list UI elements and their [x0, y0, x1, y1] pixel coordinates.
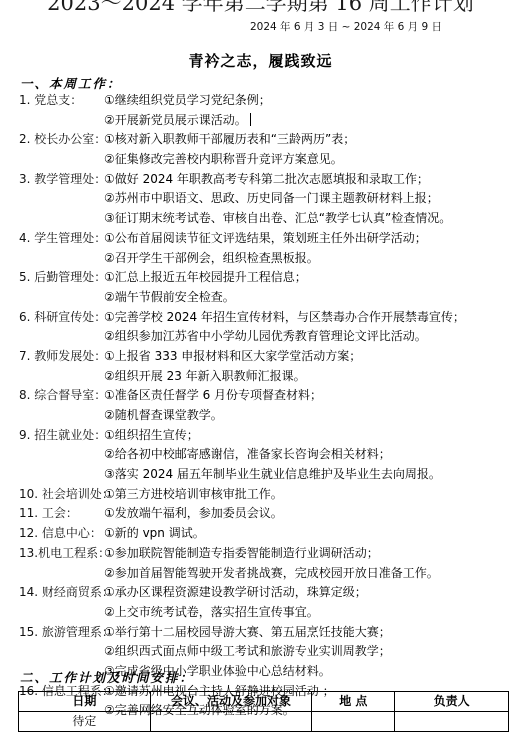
department-label: 14. 财经商贸系： — [19, 583, 114, 603]
task-text-value: ①组织招生宣传； — [104, 428, 199, 442]
task-text: ②征集修改完善校内职称晋升竞评方案意见。 — [104, 150, 343, 170]
task-text: ①核对新入职教师干部履历表和“三龄两历”表； — [104, 130, 355, 150]
list-item: 5. 后勤管理处：①汇总上报近五年校园提升工程信息； — [0, 268, 521, 288]
list-item: ②征集修改完善校内职称晋升竞评方案意见。 — [0, 150, 521, 170]
column-header-location: 地 点 — [312, 692, 395, 712]
department-label: 15. 旅游管理系： — [19, 623, 114, 643]
department-label: 9. 招生就业处： — [19, 426, 106, 446]
task-text: ①公布首届阅读节征文评选结果，策划班主任外出研学活动； — [104, 229, 427, 249]
task-text: ②给各初中校邮寄感谢信，准备家长咨询会相关材料； — [104, 445, 391, 465]
list-item: ②召开学生干部例会，组织检查黑板报。 — [0, 249, 521, 269]
task-text: ②组织参加江苏省中小学幼儿园优秀教育管理论文评比活动。 — [104, 327, 427, 347]
department-label: 8. 综合督导室： — [19, 386, 106, 406]
task-text: ②组织西式面点师中级工考试和旅游专业实训周教学； — [104, 642, 391, 662]
task-text-value: ①继续组织党员学习党纪条例； — [104, 93, 271, 107]
task-text: ①第三方进校培训审核审批工作。 — [104, 485, 283, 505]
task-text-value: ①新的 vpn 调试。 — [104, 526, 205, 540]
task-text-value: ②苏州市中职语文、思政、历史同备一门课主题教研材料上报； — [104, 191, 439, 205]
task-text-value: ②给各初中校邮寄感谢信，准备家长咨询会相关材料； — [104, 447, 391, 461]
task-text-value: ②上交市统考试卷，落实招生宣传事宜。 — [104, 605, 319, 619]
task-text: ①发放端午福利，参加委员会议。 — [104, 504, 283, 524]
document-subtitle: 青衿之志，履践致远 — [0, 51, 521, 71]
list-item: ②端午节假前安全检查。 — [0, 288, 521, 308]
department-label: 3. 教学管理处： — [19, 170, 106, 190]
task-text-value: ③征订期末统考试卷、审核自出卷、汇总“教学七认真”检查情况。 — [104, 211, 451, 225]
section-heading-schedule: 二、工作计划及时间安排： — [20, 670, 194, 686]
list-item: 3. 教学管理处：①做好 2024 年职教高考专科第二批次志愿填报和录取工作； — [0, 170, 521, 190]
department-label: 12. 信息中心： — [19, 524, 102, 544]
task-text-value: ①发放端午福利，参加委员会议。 — [104, 506, 283, 520]
document-title: 2023～2024 学年第二学期第 16 周工作计划 — [0, 0, 521, 16]
table-header-row: 日期 会议、活动及参加对象 地 点 负责人 — [19, 692, 509, 712]
task-text: ③征订期末统考试卷、审核自出卷、汇总“教学七认真”检查情况。 — [104, 209, 451, 229]
task-text-value: ①汇总上报近五年校园提升工程信息； — [104, 270, 307, 284]
task-text: ②随机督查课堂教学。 — [104, 406, 223, 426]
task-text-value: ②开展新党员展示课活动。 — [104, 113, 247, 127]
task-text: ②上交市统考试卷，落实招生宣传事宜。 — [104, 603, 319, 623]
column-header-person-in-charge: 负责人 — [395, 692, 509, 712]
department-label: 7. 教师发展处： — [19, 347, 106, 367]
list-item: 2. 校长办公室：①核对新入职教师干部履历表和“三龄两历”表； — [0, 130, 521, 150]
list-item: ③落实 2024 届五年制毕业生就业信息维护及毕业生去向周报。 — [0, 465, 521, 485]
column-header-date: 日期 — [19, 692, 151, 712]
task-text: ①上报省 333 申报材料和区大家学堂活动方案； — [104, 347, 361, 367]
task-text: ①新的 vpn 调试。 — [104, 524, 205, 544]
task-text: ③落实 2024 届五年制毕业生就业信息维护及毕业生去向周报。 — [104, 465, 441, 485]
task-text: ②召开学生干部例会，组织检查黑板报。 — [104, 249, 319, 269]
task-text: ①继续组织党员学习党纪条例； — [104, 91, 271, 111]
list-item: ②参加首届智能驾驶开发者挑战赛，完成校园开放日准备工作。 — [0, 564, 521, 584]
list-item: 7. 教师发展处：①上报省 333 申报材料和区大家学堂活动方案； — [0, 347, 521, 367]
list-item: 6. 科研宣传处：①完善学校 2024 年招生宣传材料，与区禁毒办合作开展禁毒宣… — [0, 308, 521, 328]
task-text-value: ②组织参加江苏省中小学幼儿园优秀教育管理论文评比活动。 — [104, 329, 427, 343]
list-item: ②随机督查课堂教学。 — [0, 406, 521, 426]
task-text: ①完善学校 2024 年招生宣传材料，与区禁毒办合作开展禁毒宣传； — [104, 308, 465, 328]
task-text-value: ②组织开展 23 年新入职教师汇报课。 — [104, 369, 306, 383]
list-item: 14. 财经商贸系：①承办区课程资源建设教学研讨活动，珠算定级； — [0, 583, 521, 603]
department-label: 13.机电工程系： — [19, 544, 110, 564]
task-text: ②参加首届智能驾驶开发者挑战赛，完成校园开放日准备工作。 — [104, 564, 439, 584]
task-text-value: ②随机督查课堂教学。 — [104, 408, 223, 422]
task-text-value: ②参加首届智能驾驶开发者挑战赛，完成校园开放日准备工作。 — [104, 566, 439, 580]
task-text-value: ①上报省 333 申报材料和区大家学堂活动方案； — [104, 349, 361, 363]
task-text: ①做好 2024 年职教高考专科第二批次志愿填报和录取工作； — [104, 170, 429, 190]
list-item: 13.机电工程系：①参加联院智能制造专指委智能制造行业调研活动； — [0, 544, 521, 564]
list-item: ②上交市统考试卷，落实招生宣传事宜。 — [0, 603, 521, 623]
task-text-value: ①参加联院智能制造专指委智能制造行业调研活动； — [104, 546, 379, 560]
cell-date[interactable]: 待定 — [19, 712, 151, 732]
department-label: 5. 后勤管理处： — [19, 268, 106, 288]
task-text: ①参加联院智能制造专指委智能制造行业调研活动； — [104, 544, 379, 564]
list-item: ②开展新党员展示课活动。 — [0, 111, 521, 131]
task-text: ①举行第十二届校园导游大赛、第五届烹饪技能大赛； — [104, 623, 391, 643]
task-text-value: ①做好 2024 年职教高考专科第二批次志愿填报和录取工作； — [104, 172, 429, 186]
task-text: ②开展新党员展示课活动。 — [104, 111, 251, 131]
cell-person-in-charge[interactable] — [395, 712, 509, 732]
list-item: ②组织开展 23 年新入职教师汇报课。 — [0, 367, 521, 387]
list-item: 15. 旅游管理系：①举行第十二届校园导游大赛、第五届烹饪技能大赛； — [0, 623, 521, 643]
task-text: ①承办区课程资源建设教学研讨活动，珠算定级； — [104, 583, 367, 603]
list-item: 10. 社会培训处：①第三方进校培训审核审批工作。 — [0, 485, 521, 505]
list-item: 4. 学生管理处：①公布首届阅读节征文评选结果，策划班主任外出研学活动； — [0, 229, 521, 249]
department-label: 2. 校长办公室： — [19, 130, 106, 150]
work-item-list: 1. 党总支：①继续组织党员学习党纪条例；②开展新党员展示课活动。2. 校长办公… — [0, 91, 521, 721]
table-row: 待定 — [19, 712, 509, 732]
task-text-value: ①公布首届阅读节征文评选结果，策划班主任外出研学活动； — [104, 231, 427, 245]
section-heading-this-week: 一、本周工作： — [20, 76, 122, 92]
department-label: 4. 学生管理处： — [19, 229, 106, 249]
task-text: ②端午节假前安全检查。 — [104, 288, 235, 308]
list-item: ②组织参加江苏省中小学幼儿园优秀教育管理论文评比活动。 — [0, 327, 521, 347]
task-text-value: ①第三方进校培训审核审批工作。 — [104, 487, 283, 501]
schedule-table: 日期 会议、活动及参加对象 地 点 负责人 待定 — [18, 691, 509, 732]
column-header-activity: 会议、活动及参加对象 — [150, 692, 312, 712]
task-text: ①准备区责任督学 6 月份专项督查材料； — [104, 386, 322, 406]
task-text: ②组织开展 23 年新入职教师汇报课。 — [104, 367, 306, 387]
task-text-value: ③落实 2024 届五年制毕业生就业信息维护及毕业生去向周报。 — [104, 467, 441, 481]
department-label: 6. 科研宣传处： — [19, 308, 106, 328]
list-item: ③征订期末统考试卷、审核自出卷、汇总“教学七认真”检查情况。 — [0, 209, 521, 229]
cell-activity[interactable] — [150, 712, 312, 732]
task-text-value: ②端午节假前安全检查。 — [104, 290, 235, 304]
department-label: 1. 党总支： — [19, 91, 82, 111]
department-label: 11. 工会： — [19, 504, 78, 524]
list-item: 1. 党总支：①继续组织党员学习党纪条例； — [0, 91, 521, 111]
task-text-value: ②组织西式面点师中级工考试和旅游专业实训周教学； — [104, 644, 391, 658]
task-text-value: ②召开学生干部例会，组织检查黑板报。 — [104, 251, 319, 265]
department-label: 10. 社会培训处： — [19, 485, 114, 505]
task-text: ②苏州市中职语文、思政、历史同备一门课主题教研材料上报； — [104, 189, 439, 209]
list-item: ②苏州市中职语文、思政、历史同备一门课主题教研材料上报； — [0, 189, 521, 209]
list-item: 12. 信息中心：①新的 vpn 调试。 — [0, 524, 521, 544]
cell-location[interactable] — [312, 712, 395, 732]
task-text-value: ①完善学校 2024 年招生宣传材料，与区禁毒办合作开展禁毒宣传； — [104, 310, 465, 324]
task-text-value: ①举行第十二届校园导游大赛、第五届烹饪技能大赛； — [104, 625, 391, 639]
date-range: 2024 年 6 月 3 日 ~ 2024 年 6 月 9 日 — [250, 20, 442, 34]
task-text: ①组织招生宣传； — [104, 426, 199, 446]
list-item: 8. 综合督导室：①准备区责任督学 6 月份专项督查材料； — [0, 386, 521, 406]
task-text-value: ①核对新入职教师干部履历表和“三龄两历”表； — [104, 132, 355, 146]
list-item: ②给各初中校邮寄感谢信，准备家长咨询会相关材料； — [0, 445, 521, 465]
list-item: 9. 招生就业处：①组织招生宣传； — [0, 426, 521, 446]
task-text-value: ①准备区责任督学 6 月份专项督查材料； — [104, 388, 322, 402]
task-text-value: ②征集修改完善校内职称晋升竞评方案意见。 — [104, 152, 343, 166]
list-item: 11. 工会：①发放端午福利，参加委员会议。 — [0, 504, 521, 524]
text-cursor — [250, 113, 251, 126]
list-item: ②组织西式面点师中级工考试和旅游专业实训周教学； — [0, 642, 521, 662]
task-text: ①汇总上报近五年校园提升工程信息； — [104, 268, 307, 288]
task-text-value: ①承办区课程资源建设教学研讨活动，珠算定级； — [104, 585, 367, 599]
